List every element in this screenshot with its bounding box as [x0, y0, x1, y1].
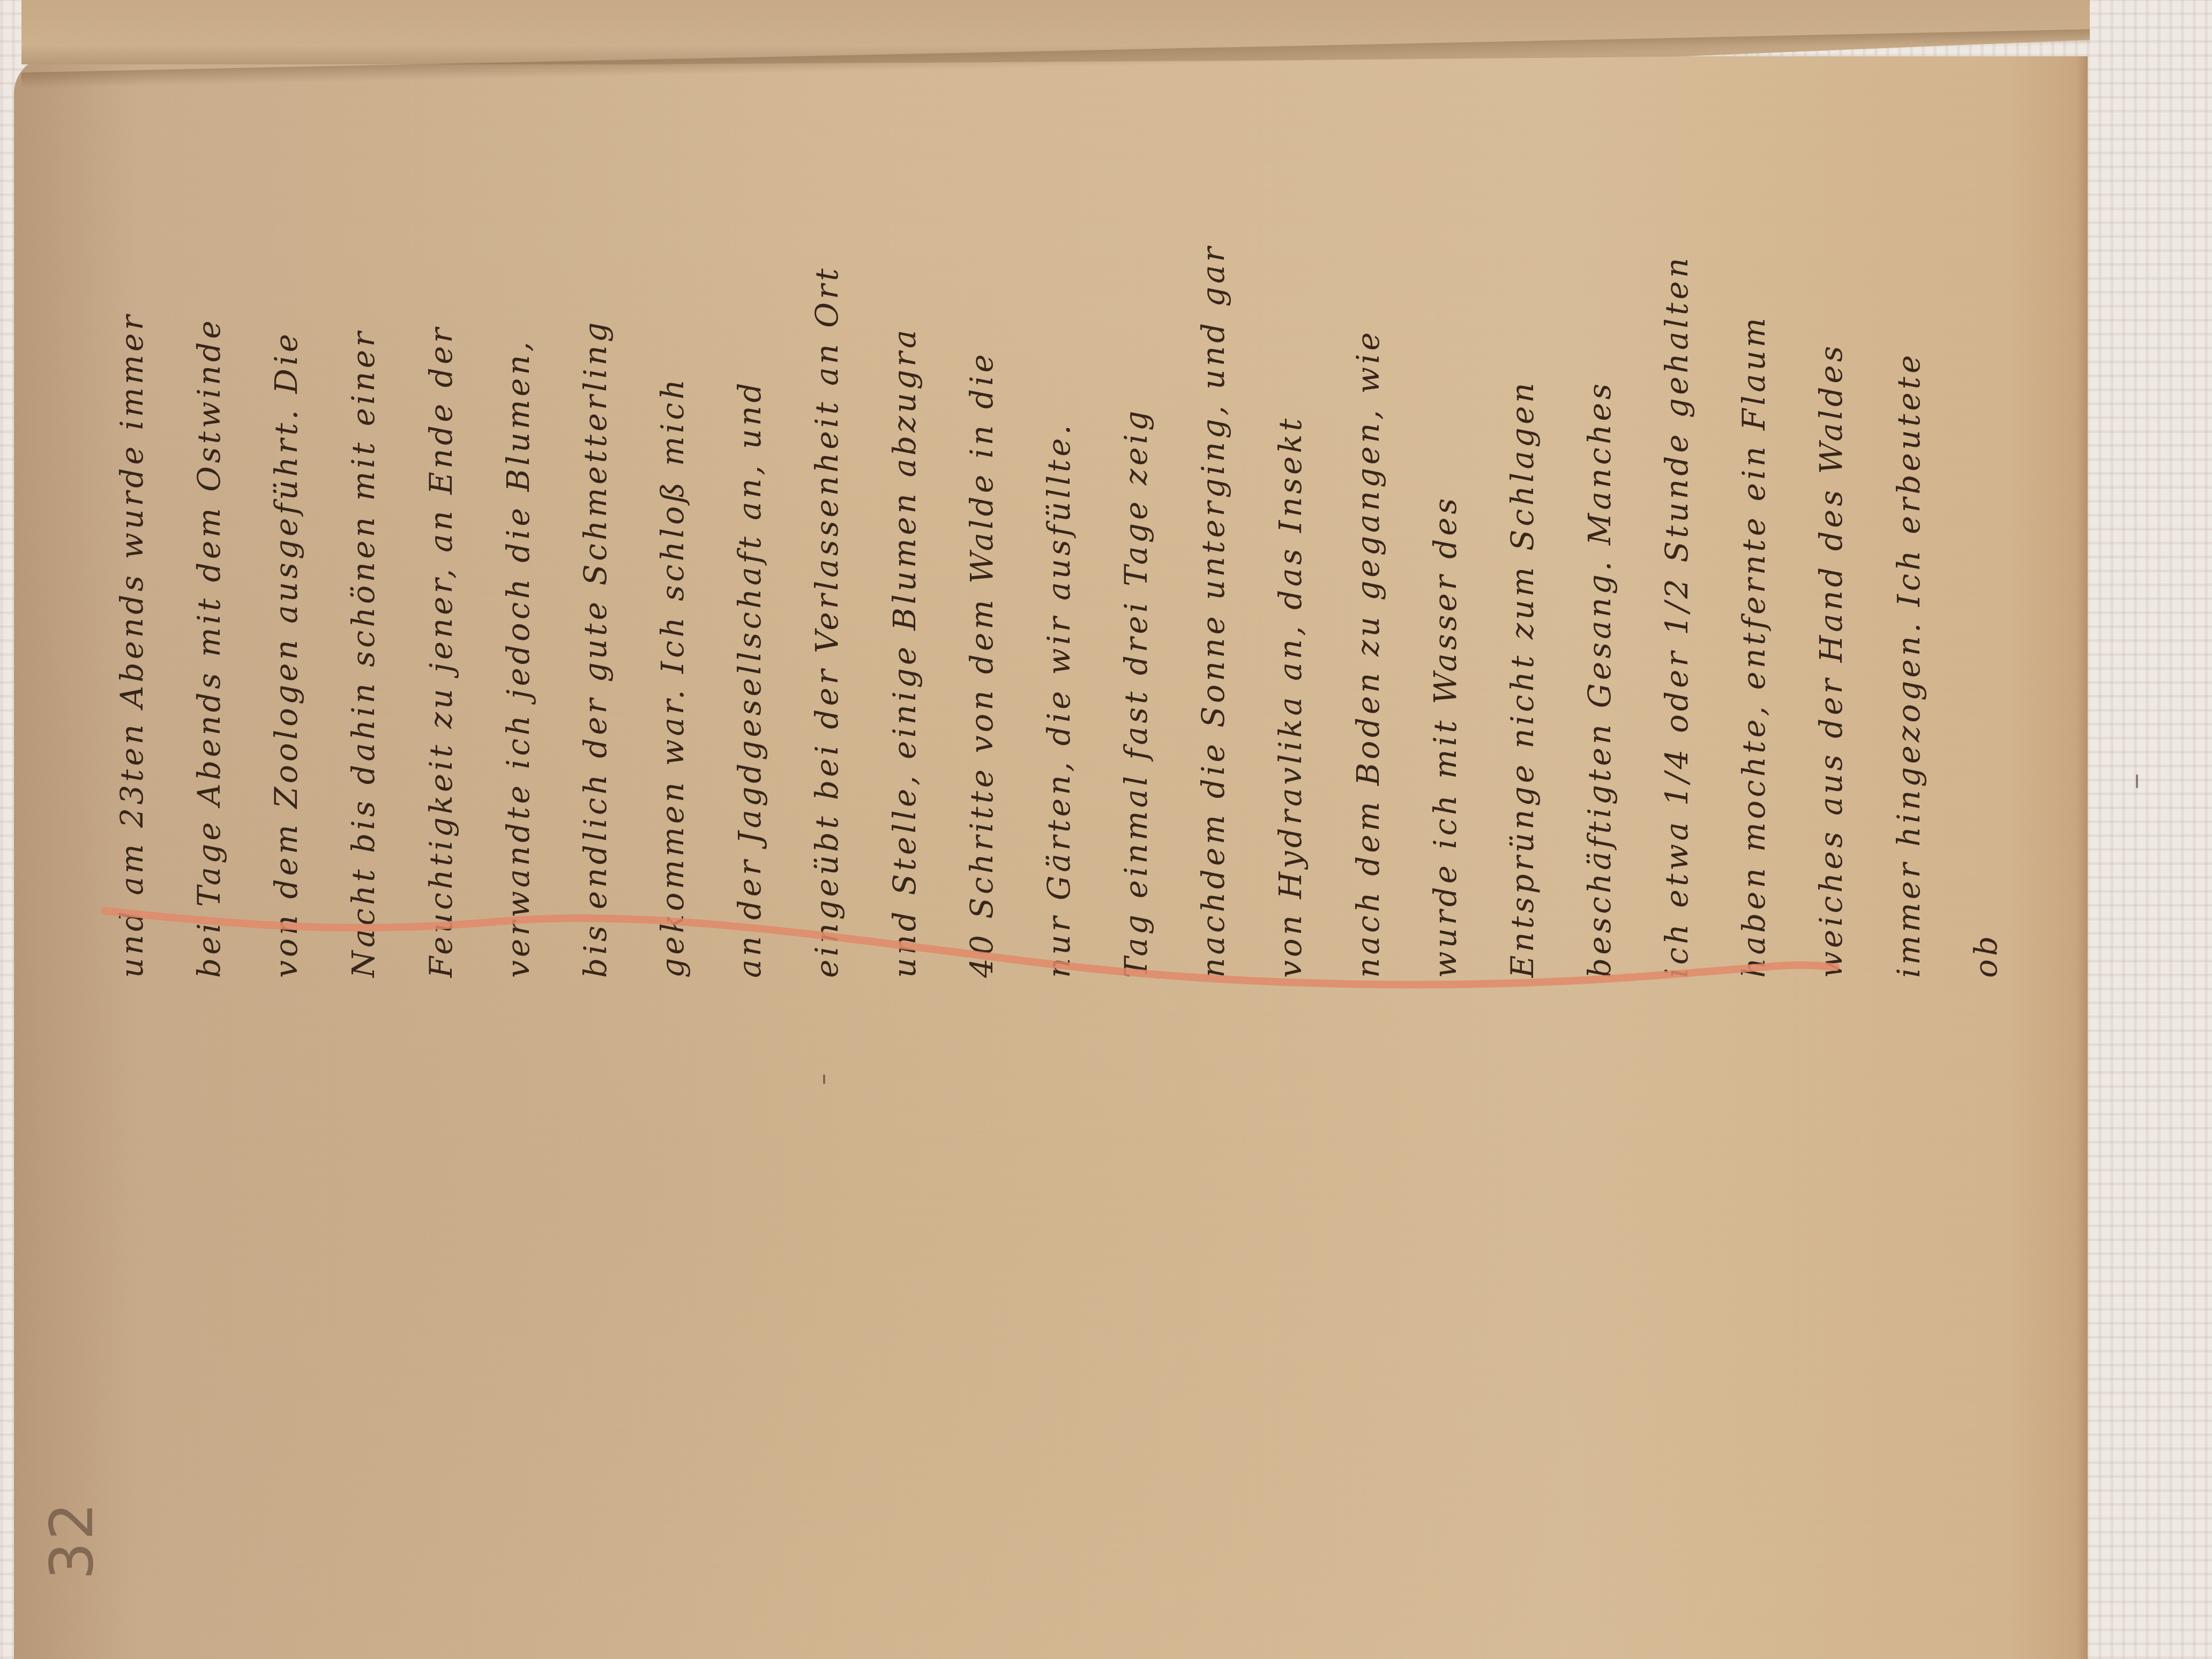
handwritten-line: nachdem die Sonne unterging, und gar: [1186, 121, 1240, 978]
handwritten-line: von Hydravlika an, das Insekt: [1264, 121, 1317, 978]
handwritten-line: bis endlich der gute Schmetterling: [569, 121, 622, 978]
stray-mark: [2136, 774, 2138, 788]
handwritten-line: und Stelle, einige Blumen abzugra: [878, 121, 931, 978]
handwritten-line: Tag einmal fast drei Tage zeig: [1109, 121, 1163, 978]
handwritten-line: gekommen war. Ich schloß mich: [646, 121, 699, 978]
handwritten-line: ob: [1959, 121, 2013, 978]
handwritten-line: nach dem Boden zu gegangen, wie: [1341, 121, 1395, 978]
diary-page: und am 23ten Abends wurde immer bei Tage…: [14, 56, 2088, 1659]
handwritten-line: Feuchtigkeit zu jener, an Ende der: [414, 121, 468, 978]
handwritten-line: beschäftigten Gesang. Manches: [1573, 121, 1626, 978]
handwritten-line: nur Gärten, die wir ausfüllte.: [1032, 121, 1086, 978]
handwritten-line: haben mochte, entfernte ein Flaum: [1727, 121, 1781, 978]
handwritten-line: Nacht bis dahin schönen mit einer: [337, 121, 390, 978]
handwritten-line: immer hingezogen. Ich erbeutete: [1882, 121, 1935, 978]
handwritten-line: ich etwa 1/4 oder 1/2 Stunde gehalten: [1650, 121, 1703, 978]
handwritten-text-block: und am 23ten Abends wurde immer bei Tage…: [105, 88, 2013, 978]
handwritten-line: Entsprünge nicht zum Schlagen: [1496, 121, 1549, 978]
handwritten-line: verwandte ich jedoch die Blumen,: [491, 121, 545, 978]
handwritten-line: und am 23ten Abends wurde immer: [105, 121, 159, 978]
page-edge: [2076, 56, 2088, 1659]
handwritten-line: weiches aus der Hand des Waldes: [1804, 121, 1858, 978]
stray-mark: [823, 1074, 825, 1084]
page-number: 32: [38, 1500, 106, 1580]
handwritten-line: von dem Zoologen ausgeführt. Die: [259, 121, 313, 978]
handwritten-line: bei Tage Abends mit dem Ostwinde: [182, 121, 236, 978]
handwritten-line: 40 Schritte von dem Walde in die: [955, 121, 1008, 978]
handwritten-line: an der Jagdgesellschaft an, und: [723, 121, 776, 978]
handwritten-line: eingeübt bei der Verlassenheit an Ort: [800, 121, 854, 978]
handwritten-line: wurde ich mit Wasser des: [1418, 121, 1472, 978]
